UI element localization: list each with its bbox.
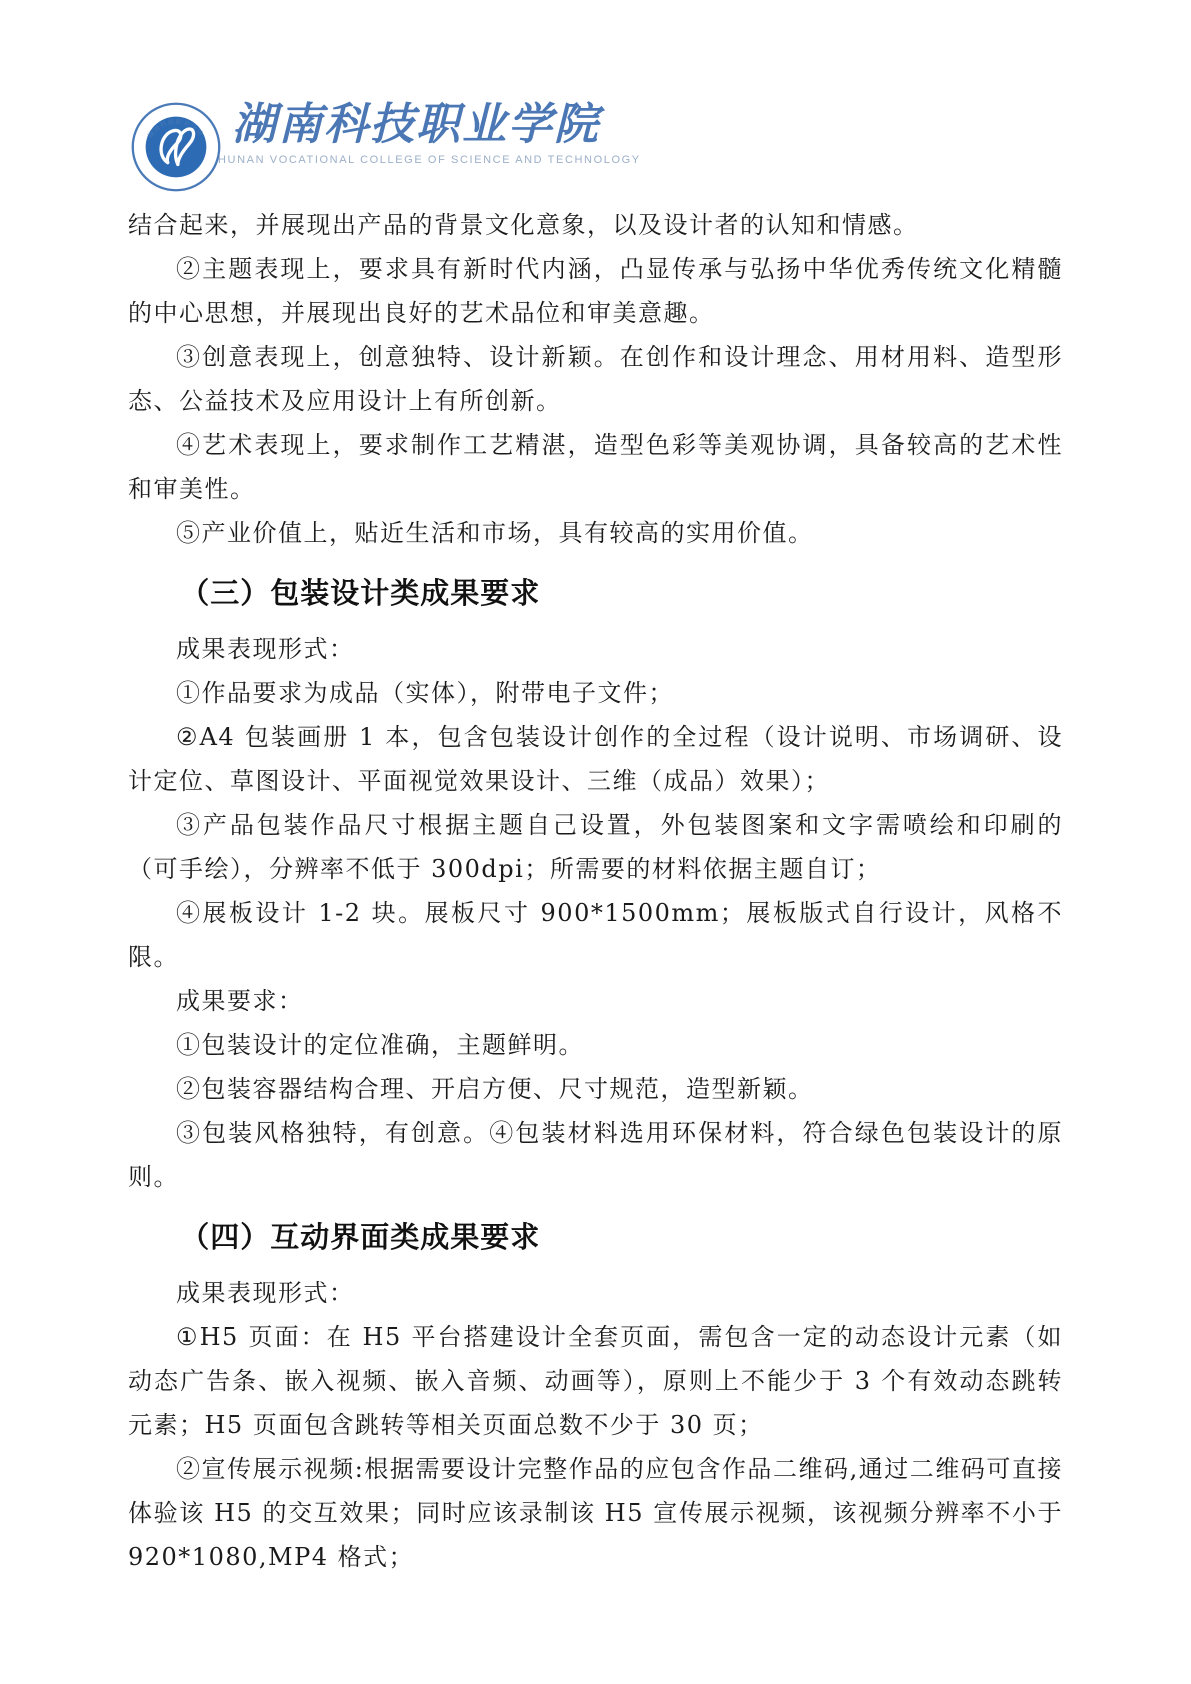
paragraph: ③包装风格独特，有创意。④包装材料选用环保材料，符合绿色包装设计的原则。 [128,1111,1063,1199]
college-name-block: 湖南科技职业学院 HUNAN VOCATIONAL COLLEGE OF SCI… [222,95,641,166]
document-page: 湖南科技职业学院 湖南科技职业学院 HUNAN VOCATIONAL COLLE… [0,0,1191,1684]
college-seal-icon: 湖南科技职业学院 [130,101,222,193]
section-heading-packaging: （三）包装设计类成果要求 [128,569,1063,617]
paragraph: 成果表现形式： [128,627,1063,671]
paragraph: ②包装容器结构合理、开启方便、尺寸规范，造型新颖。 [128,1067,1063,1111]
college-name-zh: 湖南科技职业学院 [222,97,641,153]
paragraph: ④展板设计 1-2 块。展板尺寸 900*1500mm；展板版式自行设计，风格不… [128,891,1063,979]
document-body: 结合起来，并展现出产品的背景文化意象，以及设计者的认知和情感。 ②主题表现上，要… [128,203,1063,1579]
college-name-en: HUNAN VOCATIONAL COLLEGE OF SCIENCE AND … [218,154,641,166]
paragraph: ③创意表现上，创意独特、设计新颖。在创作和设计理念、用材用料、造型形态、公益技术… [128,335,1063,423]
college-logo: 湖南科技职业学院 湖南科技职业学院 HUNAN VOCATIONAL COLLE… [130,95,1191,193]
paragraph: ②主题表现上，要求具有新时代内涵，凸显传承与弘扬中华优秀传统文化精髓的中心思想，… [128,247,1063,335]
section-heading-interactive: （四）互动界面类成果要求 [128,1213,1063,1261]
paragraph: 成果要求： [128,979,1063,1023]
paragraph: ②A4 包装画册 1 本，包含包装设计创作的全过程（设计说明、市场调研、设计定位… [128,715,1063,803]
paragraph: 结合起来，并展现出产品的背景文化意象，以及设计者的认知和情感。 [128,203,1063,247]
paragraph: ①作品要求为成品（实体），附带电子文件； [128,671,1063,715]
paragraph: ①包装设计的定位准确，主题鲜明。 [128,1023,1063,1067]
paragraph: ②宣传展示视频:根据需要设计完整作品的应包含作品二维码,通过二维码可直接体验该 … [128,1447,1063,1579]
paragraph: 成果表现形式： [128,1271,1063,1315]
paragraph: ④艺术表现上，要求制作工艺精湛，造型色彩等美观协调，具备较高的艺术性和审美性。 [128,423,1063,511]
paragraph: ⑤产业价值上，贴近生活和市场，具有较高的实用价值。 [128,511,1063,555]
paragraph: ③产品包装作品尺寸根据主题自己设置，外包装图案和文字需喷绘和印刷的（可手绘），分… [128,803,1063,891]
paragraph: ①H5 页面：在 H5 平台搭建设计全套页面，需包含一定的动态设计元素（如动态广… [128,1315,1063,1447]
